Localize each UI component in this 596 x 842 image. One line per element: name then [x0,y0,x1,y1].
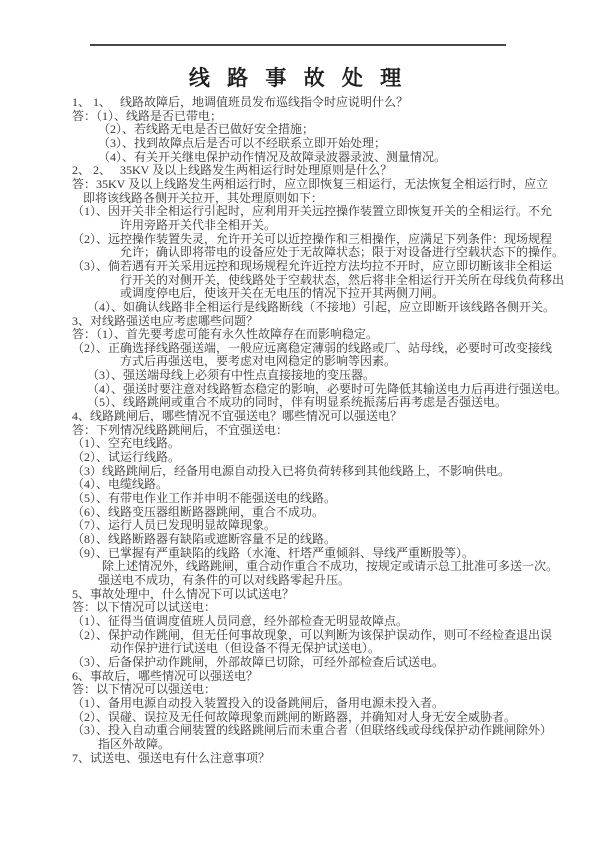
text-line: （2）、试运行线路。 [72,451,534,465]
text-line: 答：35KV 及以上线路发生两相运行时，应立即恢复三相运行，无法恢复全相运行时，… [72,178,534,192]
text-line: （3）、找到故障点后是否可以不经联系立即开始处理； [98,137,534,151]
text-line: （3）、投入自动重合闸装置的线路跳闸后而未重合者（但联络线或母线保护动作跳闸除外… [72,724,534,738]
text-line: 答：（1）、首先要考虑可能有永久性故障存在而影响稳定。 [72,328,534,342]
text-line: （5）、有带电作业工作并申明不能强送电的线路。 [72,492,534,506]
text-line: 许用旁路开关代非全相开关。 [120,219,534,233]
text-line: （3）、强送端母线上必须有中性点直接接地的变压器。 [87,369,534,383]
text-line: 除上述情况外，线路跳闸，重合动作重合不成功，按规定或请示总工批准可多送一次。 [102,560,534,574]
text-line: （7）、运行人员已发现明显故障现象。 [72,519,534,533]
text-line: （3）、后备保护动作跳闸，外部故障已切除，可经外部检查后试送电。 [72,656,534,670]
text-line: 1、 1、 线路故障后，地调值班员发布巡线指令时应说明什么？ [72,96,534,110]
document-body: 1、 1、 线路故障后，地调值班员发布巡线指令时应说明什么？答：（1）、线路是否… [72,96,534,765]
text-line: （1）、因开关非全相运行引起时，应利用开关远控操作装置立即恢复开关的全相运行。不… [72,205,534,219]
text-line: 强送电不成功，有条件的可以对线路零起升压。 [98,574,534,588]
document-page: 线 路 事 故 处 理 1、 1、 线路故障后，地调值班员发布巡线指令时应说明什… [0,0,596,842]
text-line: （1）、备用电源自动投入装置投入的设备跳闸后，备用电源未投入者。 [72,697,534,711]
text-line: 允许；确认即将带电的设备应处于无故障状态；限于对设备进行空载状态下的操作。 [120,246,534,260]
text-line: （3）、倘若遇有开关采用远控和现场规程允许近控方法均拉不开时，应立即切断该非全相… [72,260,534,274]
text-line: 2、 2、 35KV 及以上线路发生两相运行时处理原则是什么？ [72,164,534,178]
text-line: （4）、电缆线路。 [72,478,534,492]
text-line: （2）、若线路无电是否已做好安全措施； [98,123,534,137]
text-line: 动作保护进行试送电（但设备不得无保护试送电）。 [110,642,534,656]
text-line: （1）、征得当值调度值班人员同意，经外部检查无明显故障点。 [72,615,534,629]
text-line: （1）、空充电线路。 [72,437,534,451]
text-line: （8）、线路断路器有缺陷或遮断容量不足的线路。 [72,533,534,547]
text-line: 指区外故障。 [98,738,534,752]
header-rule [90,44,506,46]
text-line: （4）、如确认线路非全相运行是线路断线（不接地）引起，应立即断开该线路各侧开关。 [87,301,534,315]
text-line: 7、试送电、强送电有什么注意事项？ [72,752,534,766]
text-line: 答：以下情况可以试送电： [72,601,534,615]
text-line: 4、线路跳闸后，哪些情况不宜强送电？哪些情况可以强送电？ [72,410,534,424]
text-line: 或调度停电后，使该开关在无电压的情况下拉开其两侧刀闸。 [120,287,534,301]
document-title: 线 路 事 故 处 理 [0,62,596,92]
text-line: 答：以下情况可以强送电： [72,683,534,697]
